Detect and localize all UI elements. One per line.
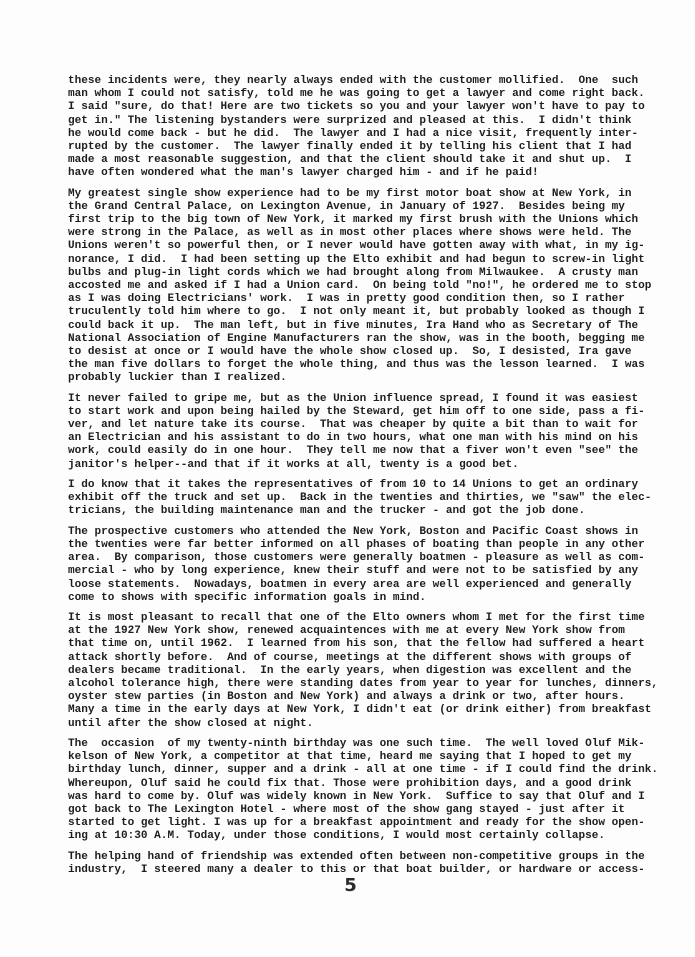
text-line: tricians, the building maintenance man a… (68, 505, 688, 518)
paragraph: The prospective customers who attended t… (68, 526, 688, 605)
paragraph: It never failed to gripe me, but as the … (68, 393, 688, 472)
text-line: exhibit off the truck and set up. Back i… (68, 492, 688, 505)
text-line: got back to The Lexington Hotel - where … (68, 804, 688, 817)
text-line: area. By comparison, those customers wer… (68, 552, 688, 565)
text-line: were strong in the Palace, as well as in… (68, 227, 688, 240)
text-line: to start work and upon being hailed by t… (68, 406, 688, 419)
text-line: was hard to come by. Oluf was widely kno… (68, 791, 688, 804)
text-line: to desist at once or I would have the wh… (68, 346, 688, 359)
text-line: It is most pleasant to recall that one o… (68, 612, 688, 625)
text-line: It never failed to gripe me, but as the … (68, 393, 688, 406)
paragraph: I do know that it takes the representati… (68, 479, 688, 519)
text-line: that time on, until 1962. I learned from… (68, 638, 688, 651)
text-line: dealers became traditional. In the early… (68, 665, 688, 678)
text-line: kelson of New York, a competitor at that… (68, 751, 688, 764)
text-line: National Association of Engine Manufactu… (68, 333, 688, 346)
text-line: I said "sure, do that! Here are two tick… (68, 101, 688, 114)
text-line: first trip to the big town of New York, … (68, 214, 688, 227)
text-line: Whereupon, Oluf said he could fix that. … (68, 778, 688, 791)
text-line: ver, and let nature take its course. Tha… (68, 419, 688, 432)
text-line: rupted by the customer. The lawyer final… (68, 141, 688, 154)
text-line: The occasion of my twenty-ninth birthday… (68, 738, 688, 751)
text-line: alcohol tolerance high, there were stand… (68, 678, 688, 691)
text-line: I do know that it takes the representati… (68, 479, 688, 492)
text-line: as I was doing Electricians' work. I was… (68, 293, 688, 306)
text-line: loose statements. Nowadays, boatmen in e… (68, 579, 688, 592)
text-line: The helping hand of friendship was exten… (68, 851, 688, 864)
text-line: at the 1927 New York show, renewed acqua… (68, 625, 688, 638)
text-line: man whom I could not satisfy, told me he… (68, 88, 688, 101)
text-line: work, could easily do in one hour. They … (68, 445, 688, 458)
text-line: have often wondered what the man's lawye… (68, 167, 688, 180)
text-line: My greatest single show experience had t… (68, 188, 688, 201)
text-line: accosted me and asked if I had a Union c… (68, 280, 688, 293)
text-line: mercial - who by long experience, knew t… (68, 565, 688, 578)
text-line: the twenties were far better informed on… (68, 539, 688, 552)
paragraph: The occasion of my twenty-ninth birthday… (68, 738, 688, 844)
text-line: probably luckier than I realized. (68, 372, 688, 385)
text-line: attack shortly before. And of course, me… (68, 652, 688, 665)
text-line: The prospective customers who attended t… (68, 526, 688, 539)
text-line: could back it up. The man left, but in f… (68, 320, 688, 333)
text-line: the Grand Central Palace, on Lexington A… (68, 201, 688, 214)
text-line: Unions weren't so powerful then, or I ne… (68, 240, 688, 253)
text-line: truculently told him where to go. I not … (68, 306, 688, 319)
text-line: bulbs and plug-in light cords which we h… (68, 267, 688, 280)
text-line: oyster stew parties (in Boston and New Y… (68, 691, 688, 704)
text-line: Many a time in the early days at New Yor… (68, 704, 688, 717)
text-line: until after the show closed at night. (68, 718, 688, 731)
text-line: made a most reasonable suggestion, and t… (68, 154, 688, 167)
paragraph: The helping hand of friendship was exten… (68, 851, 688, 877)
text-line: janitor's helper--and that if it works a… (68, 459, 688, 472)
text-line: ing at 10:30 A.M. Today, under those con… (68, 830, 688, 843)
text-line: get in." The listening bystanders were s… (68, 115, 688, 128)
document-page: these incidents were, they nearly always… (0, 0, 695, 957)
body-text: these incidents were, they nearly always… (68, 75, 688, 884)
text-line: he would come back - but he did. The law… (68, 128, 688, 141)
text-line: the man five dollars to forget the whole… (68, 359, 688, 372)
text-line: norance, I did. I had been setting up th… (68, 254, 688, 267)
page-number: 5 (3, 875, 695, 896)
text-line: birthday lunch, dinner, supper and a dri… (68, 764, 688, 777)
text-line: come to shows with specific information … (68, 592, 688, 605)
paragraph: My greatest single show experience had t… (68, 188, 688, 386)
text-line: these incidents were, they nearly always… (68, 75, 688, 88)
text-line: started to get light. I was up for a bre… (68, 817, 688, 830)
paragraph: It is most pleasant to recall that one o… (68, 612, 688, 731)
text-line: an Electrician and his assistant to do i… (68, 432, 688, 445)
paragraph: these incidents were, they nearly always… (68, 75, 688, 181)
